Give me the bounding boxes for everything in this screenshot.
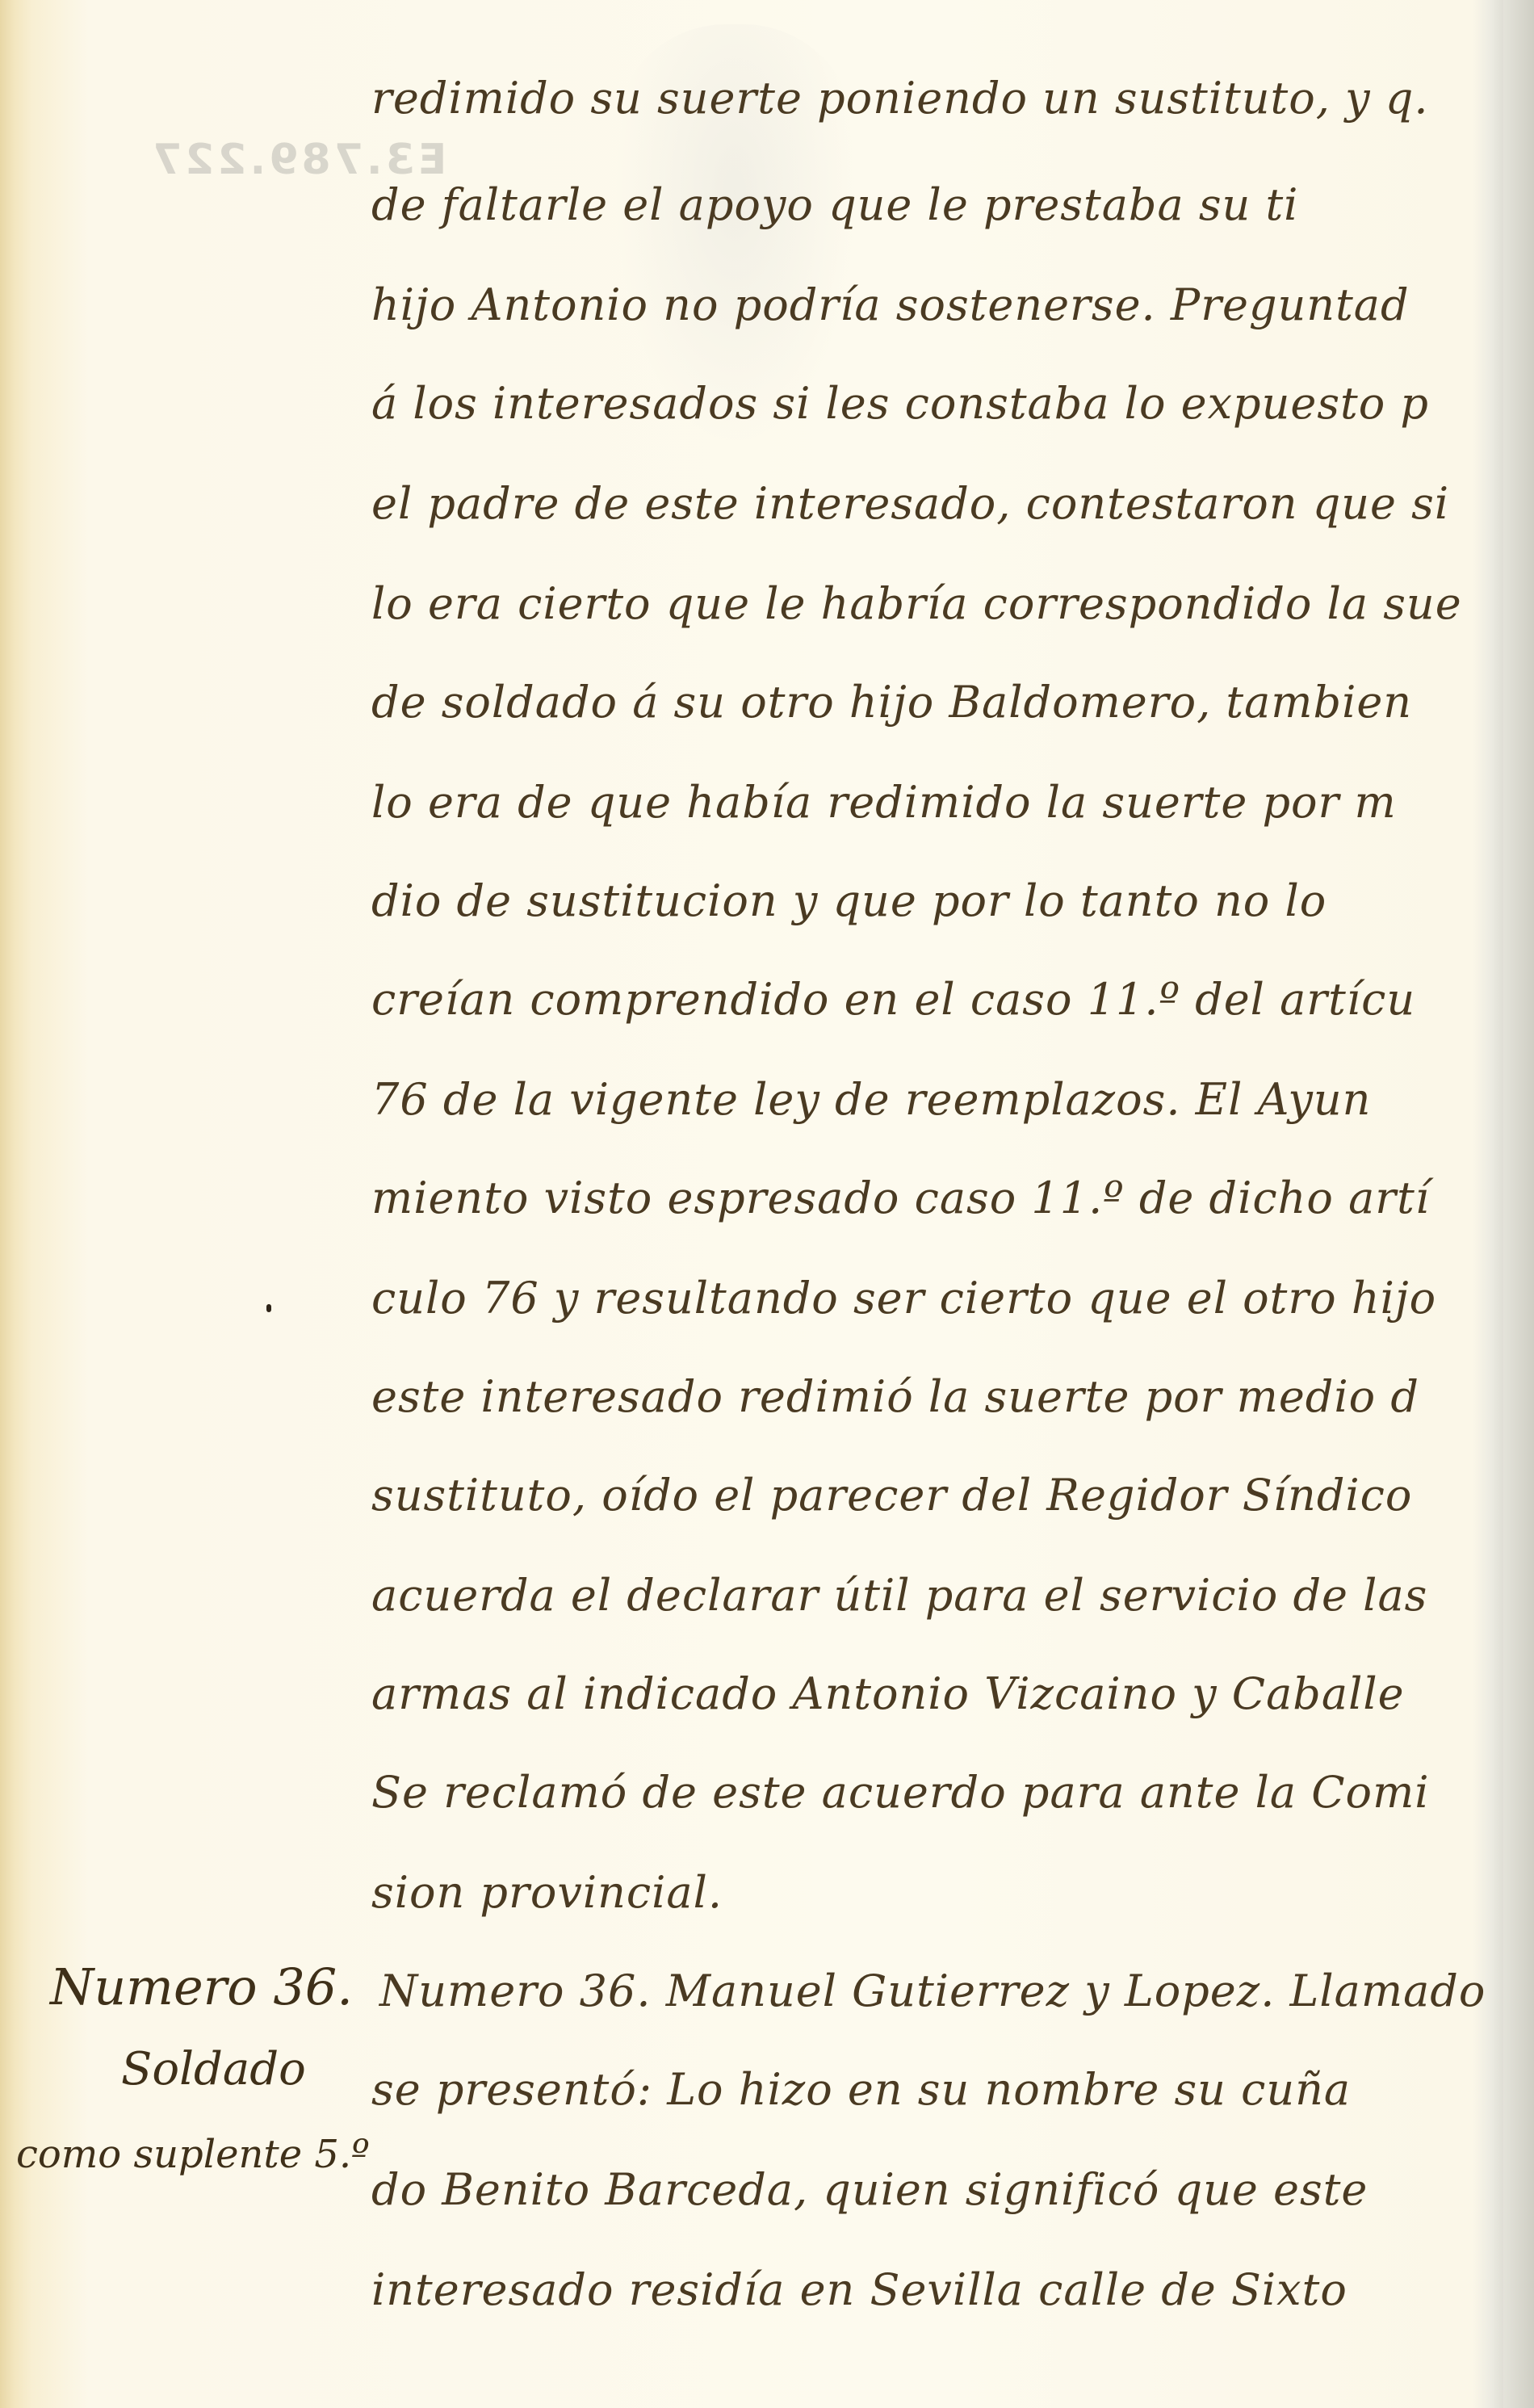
body-line: sion provincial. xyxy=(371,1867,723,1918)
text-area: redimido su suerte poniendo un sustituto… xyxy=(0,0,1503,2408)
body-line: de soldado á su otro hijo Baldomero, tam… xyxy=(371,677,1412,728)
body-line: do Benito Barceda, quien significó que e… xyxy=(371,2164,1368,2215)
body-line: Se reclamó de este acuerdo para ante la … xyxy=(371,1767,1430,1818)
body-line: armas al indicado Antonio Vizcaino y Cab… xyxy=(371,1668,1405,1719)
body-line: culo 76 y resultando ser cierto que el o… xyxy=(371,1273,1436,1324)
body-line: acuerda el declarar útil para el servici… xyxy=(371,1570,1427,1621)
margin-status: Soldado xyxy=(121,2043,306,2095)
body-line: hijo Antonio no podría sostenerse. Pregu… xyxy=(371,279,1410,330)
manuscript-page: E3.789.227 redimido su suerte poniendo u… xyxy=(0,0,1534,2408)
body-line: se presentó: Lo hizo en su nombre su cuñ… xyxy=(371,2064,1351,2115)
body-line: lo era de que había redimido la suerte p… xyxy=(371,777,1397,828)
ink-speck xyxy=(266,1304,271,1312)
body-line: miento visto espresado caso 11.º de dich… xyxy=(371,1173,1430,1223)
margin-role: como suplente 5.º xyxy=(16,2132,370,2177)
body-line: creían comprendido en el caso 11.º del a… xyxy=(371,974,1415,1025)
body-line: de faltarle el apoyo que le prestaba su … xyxy=(371,179,1298,230)
page-fold-edge xyxy=(1503,0,1534,2408)
body-line: lo era cierto que le habría correspondid… xyxy=(371,578,1462,629)
body-line: á los interesados si les constaba lo exp… xyxy=(371,378,1429,429)
body-line: sustituto, oído el parecer del Regidor S… xyxy=(371,1470,1412,1521)
body-line: el padre de este interesado, contestaron… xyxy=(371,478,1449,529)
body-line: interesado residía en Sevilla calle de S… xyxy=(371,2264,1347,2315)
body-line: redimido su suerte poniendo un sustituto… xyxy=(371,73,1429,124)
body-line: 76 de la vigente ley de reemplazos. El A… xyxy=(371,1074,1371,1125)
body-line: dio de sustitucion y que por lo tanto no… xyxy=(371,875,1327,926)
entry-heading-line: Numero 36. Manuel Gutierrez y Lopez. Lla… xyxy=(379,1965,1503,2016)
body-line: este interesado redimió la suerte por me… xyxy=(371,1371,1419,1422)
margin-entry-number: Numero 36. xyxy=(50,1957,353,2016)
